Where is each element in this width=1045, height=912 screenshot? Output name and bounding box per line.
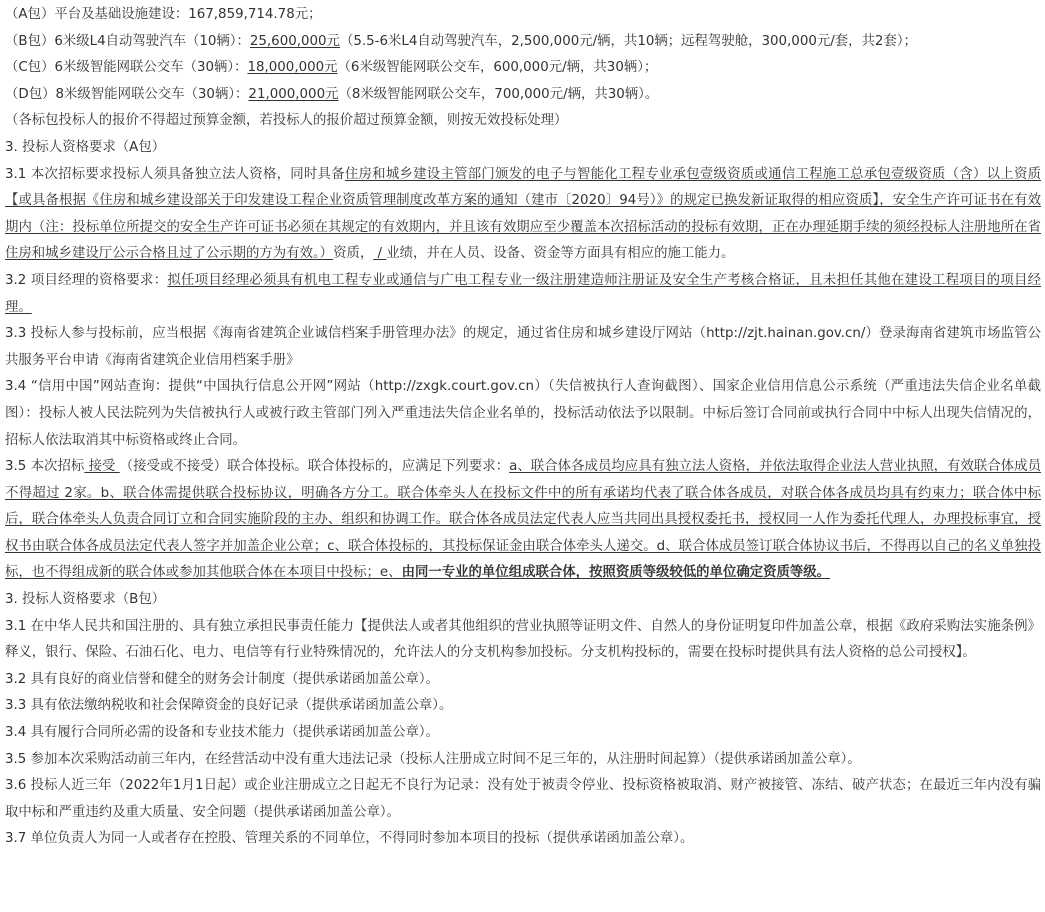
package-d-amount: 21,000,000元 [248, 87, 338, 102]
section-b-item-3-4: 3.4 具有履行合同所必需的设备和专业技术能力（提供承诺函加盖公章）。 [5, 720, 1041, 747]
package-a-line: （A包）平台及基础设施建设：167,859,714.78元； [5, 2, 1041, 29]
package-d-line: （D包）8米级智能网联公交车（30辆）：21,000,000元（8米级智能网联公… [5, 82, 1041, 109]
section-b-item-3-6: 3.6 投标人近三年（2022年1月1日起）或企业注册成立之日起无不良行为记录：… [5, 773, 1041, 826]
section-a-item-3-3: 3.3 投标人参与投标前，应当根据《海南省建筑企业诚信档案手册管理办法》的规定，… [5, 321, 1041, 374]
section-b-item-3-7: 3.7 单位负责人为同一人或者存在控股、管理关系的不同单位，不得同时参加本项目的… [5, 826, 1041, 853]
section-a-item-3-5: 3.5 本次招标 接受 （接受或不接受）联合体投标。联合体投标的，应满足下列要求… [5, 454, 1041, 587]
section-b-item-3-5: 3.5 参加本次采购活动前三年内，在经营活动中没有重大违法记录（投标人注册成立时… [5, 747, 1041, 774]
package-b-amount: 25,600,000元 [250, 34, 340, 49]
budget-note: （各标包投标人的报价不得超过预算金额，若投标人的报价超过预算金额，则按无效投标处… [5, 108, 1041, 135]
performance-blank: / [373, 246, 386, 261]
section-b-heading: 3. 投标人资格要求（B包） [5, 587, 1041, 614]
section-a-item-3-4: 3.4 “信用中国”网站查询：提供“中国执行信息公开网”网站（http://zx… [5, 374, 1041, 454]
package-c-amount: 18,000,000元 [247, 60, 337, 75]
section-a-item-3-2: 3.2 项目经理的资格要求：拟任项目经理必须具有机电工程专业或通信与广电工程专业… [5, 268, 1041, 321]
section-a-item-3-1: 3.1 本次招标要求投标人须具备独立法人资格，同时具备住房和城乡建设主管部门颁发… [5, 162, 1041, 268]
consortium-choice: 接受 [84, 459, 119, 474]
package-b-line: （B包）6米级L4自动驾驶汽车（10辆）：25,600,000元（5.5-6米L… [5, 29, 1041, 56]
section-a-heading: 3. 投标人资格要求（A包） [5, 135, 1041, 162]
section-b-item-3-1: 3.1 在中华人民共和国注册的、具有独立承担民事责任能力【提供法人或者其他组织的… [5, 614, 1041, 667]
section-b-item-3-2: 3.2 具有良好的商业信誉和健全的财务会计制度（提供承诺函加盖公章）。 [5, 667, 1041, 694]
section-b-item-3-3: 3.3 具有依法缴纳税收和社会保障资金的良好记录（提供承诺函加盖公章）。 [5, 693, 1041, 720]
package-c-line: （C包）6米级智能网联公交车（30辆）：18,000,000元（6米级智能网联公… [5, 55, 1041, 82]
document-body: （A包）平台及基础设施建设：167,859,714.78元； （B包）6米级L4… [0, 0, 1045, 853]
